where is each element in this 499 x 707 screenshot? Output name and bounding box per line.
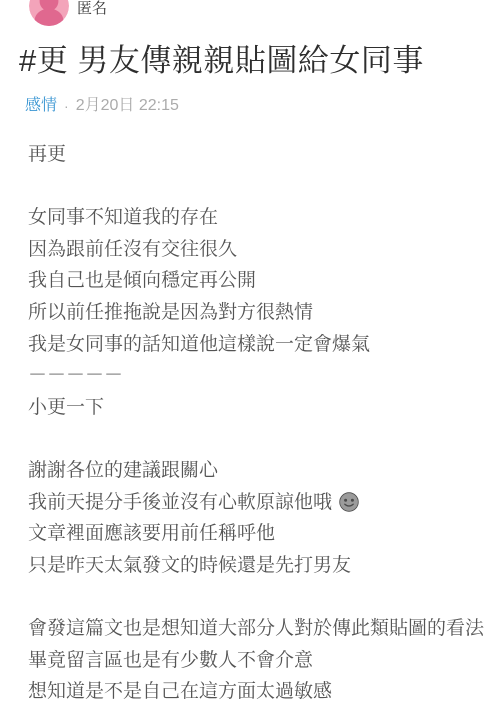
body-line-text <box>28 428 33 449</box>
body-line: 我前天提分手後並沒有心軟原諒他哦 <box>28 487 493 519</box>
body-line: 想知道是不是自己在這方面太過敏感 <box>28 676 493 707</box>
body-line-text: 文章裡面應該要用前任稱呼他 <box>28 523 275 544</box>
body-line: 我自己也是傾向穩定再公開 <box>28 265 493 297</box>
post-card: 匿名 #更 男友傳親親貼圖給女同事 感情 · 2月20日 22:15 再更 女同… <box>0 0 499 707</box>
body-line: 所以前任推拖說是因為對方很熱情 <box>28 297 493 329</box>
body-line-text: －－－－－ <box>28 365 123 386</box>
body-line-text: 我自己也是傾向穩定再公開 <box>28 270 256 291</box>
forum-link[interactable]: 感情 <box>25 97 57 115</box>
body-line: 我是女同事的話知道他這樣說一定會爆氣 <box>28 329 493 361</box>
body-line <box>28 423 493 455</box>
post-timestamp: 2月20日 22:15 <box>76 97 179 115</box>
body-line-text: 想知道是不是自己在這方面太過敏感 <box>28 681 332 702</box>
post-body: 再更 女同事不知道我的存在因為跟前任沒有交往很久我自己也是傾向穩定再公開所以前任… <box>28 139 493 707</box>
author-name: 匿名 <box>77 0 107 17</box>
body-line-text: 再更 <box>28 144 66 165</box>
body-line-text: 因為跟前任沒有交往很久 <box>28 239 237 260</box>
meta-separator-dot: · <box>64 97 69 115</box>
body-line-text: 女同事不知道我的存在 <box>28 207 218 228</box>
body-line: 因為跟前任沒有交往很久 <box>28 234 493 266</box>
post-title: #更 男友傳親親貼圖給女同事 <box>19 40 479 82</box>
body-line: 只是昨天太氣發文的時候還是先打男友 <box>28 550 493 582</box>
body-line-text: 謝謝各位的建議跟關心 <box>28 460 218 481</box>
post-meta: 感情 · 2月20日 22:15 <box>25 97 179 115</box>
body-line: 女同事不知道我的存在 <box>28 202 493 234</box>
body-line <box>28 171 493 203</box>
body-line: 小更一下 <box>28 392 493 424</box>
body-line: 謝謝各位的建議跟關心 <box>28 455 493 487</box>
new-moon-face-emoji <box>339 491 359 511</box>
body-line-text: 只是昨天太氣發文的時候還是先打男友 <box>28 555 351 576</box>
anonymous-person-icon <box>29 0 69 26</box>
body-line-text <box>28 586 33 607</box>
anonymous-avatar[interactable] <box>29 0 69 26</box>
body-line-text: 我是女同事的話知道他這樣說一定會爆氣 <box>28 334 370 355</box>
body-line: －－－－－ <box>28 360 493 392</box>
body-line-text <box>28 176 33 197</box>
body-line: 文章裡面應該要用前任稱呼他 <box>28 518 493 550</box>
body-line: 會發這篇文也是想知道大部分人對於傳此類貼圖的看法 <box>28 613 493 645</box>
body-line <box>28 581 493 613</box>
body-line: 畢竟留言區也是有少數人不會介意 <box>28 645 493 677</box>
body-line-text: 所以前任推拖說是因為對方很熱情 <box>28 302 313 323</box>
body-line: 再更 <box>28 139 493 171</box>
body-line-text: 畢竟留言區也是有少數人不會介意 <box>28 650 313 671</box>
body-line-text: 小更一下 <box>28 397 104 418</box>
body-line-text: 我前天提分手後並沒有心軟原諒他哦 <box>28 492 332 513</box>
body-line-text: 會發這篇文也是想知道大部分人對於傳此類貼圖的看法 <box>28 618 484 639</box>
